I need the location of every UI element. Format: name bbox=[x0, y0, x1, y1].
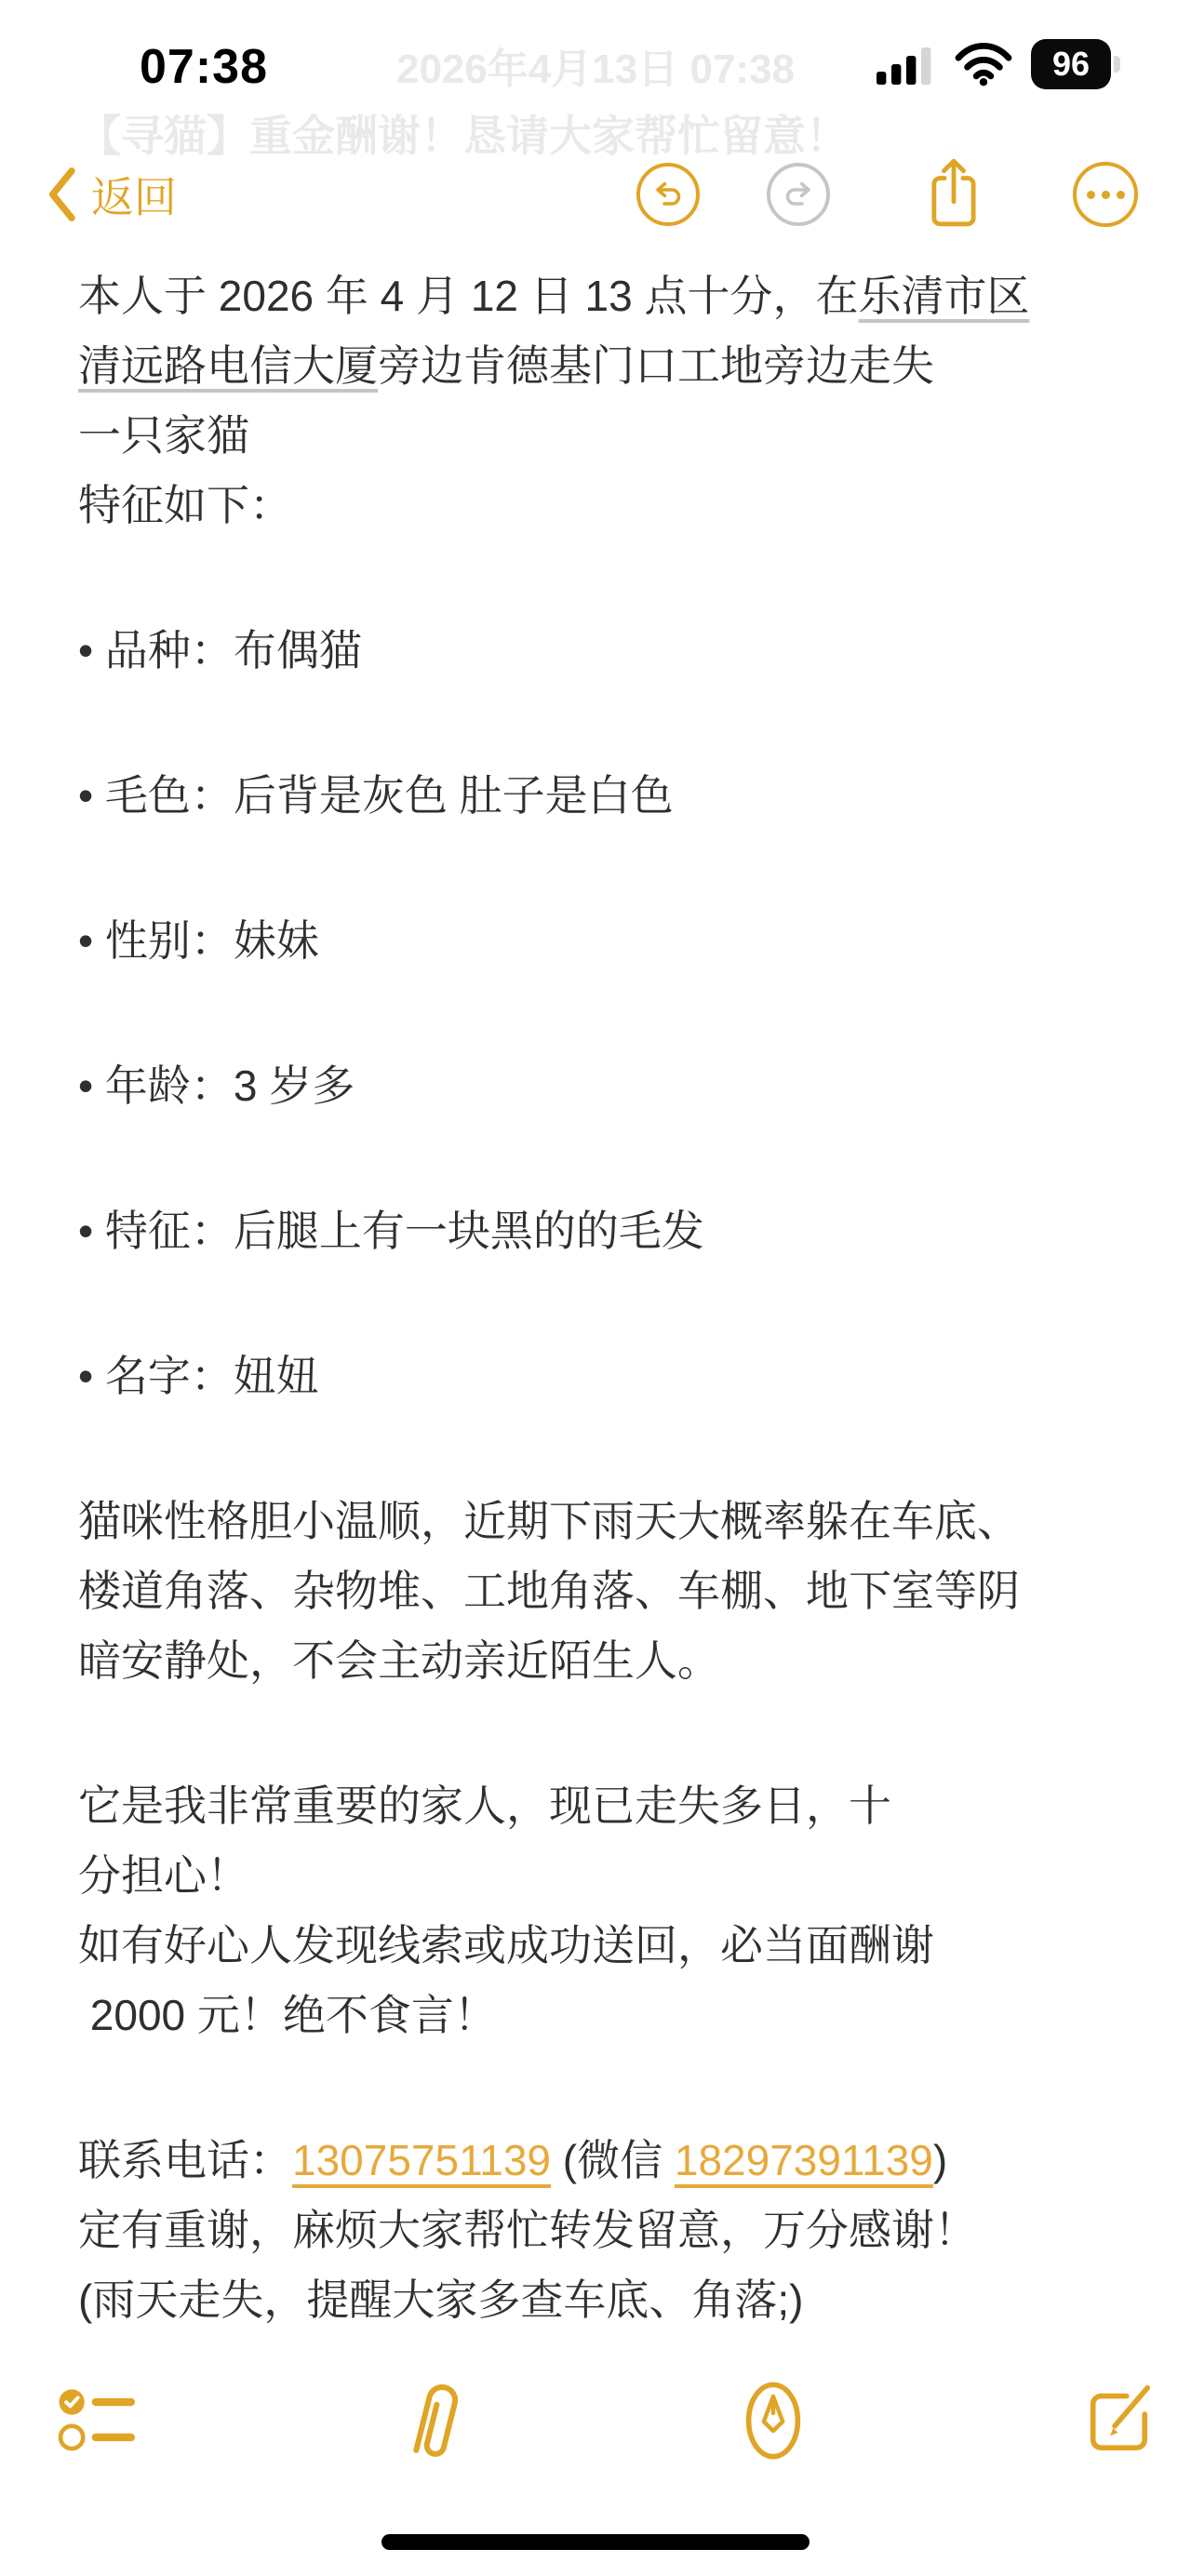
note-line: 分担心！ bbox=[78, 1841, 1122, 1911]
markup-pen-icon bbox=[744, 2382, 802, 2460]
text-segment: (雨天走失，提醒大家多查车底、角落;) bbox=[78, 2276, 803, 2324]
share-button[interactable] bbox=[925, 154, 983, 235]
text-segment: 联系电话： bbox=[78, 2136, 292, 2184]
note-line: 特征如下： bbox=[78, 471, 1122, 541]
note-line: • 名字：妞妞 bbox=[78, 1341, 1122, 1411]
paperclip-icon bbox=[396, 2372, 475, 2470]
blank-line bbox=[78, 1696, 1122, 1771]
text-segment: 如有好心人发现线索或成功送回，必当面酬谢 bbox=[78, 1921, 934, 1969]
more-button[interactable] bbox=[1073, 162, 1138, 227]
blank-line bbox=[78, 1266, 1122, 1341]
blank-line bbox=[78, 686, 1122, 761]
phone-link[interactable]: 13075751139 bbox=[292, 2136, 551, 2184]
note-line: • 性别：妹妹 bbox=[78, 906, 1122, 976]
text-segment: ) bbox=[933, 2136, 947, 2184]
chevron-left-icon bbox=[47, 167, 76, 222]
blank-line bbox=[78, 831, 1122, 906]
blank-line bbox=[78, 541, 1122, 616]
home-indicator[interactable] bbox=[381, 2534, 810, 2550]
back-button[interactable]: 返回 bbox=[47, 164, 177, 225]
battery-percent: 96 bbox=[1052, 45, 1090, 84]
text-segment: 本人于 2026 年 4 月 12 日 13 点十分，在 bbox=[78, 272, 859, 320]
text-segment: 一只家猫 bbox=[78, 411, 249, 460]
checklist-icon bbox=[58, 2387, 151, 2452]
note-line: 定有重谢，麻烦大家帮忙转发留意，万分感谢！ bbox=[78, 2196, 1122, 2265]
text-segment: • 名字：妞妞 bbox=[78, 1352, 319, 1400]
redo-button[interactable] bbox=[767, 163, 830, 226]
back-button-label: 返回 bbox=[91, 164, 177, 225]
address-link[interactable]: 乐清市区 bbox=[859, 272, 1030, 320]
text-segment: 定有重谢，麻烦大家帮忙转发留意，万分感谢！ bbox=[78, 2206, 977, 2254]
attachment-button[interactable] bbox=[395, 2372, 475, 2475]
note-line: 联系电话：13075751139 (微信 18297391139) bbox=[78, 2126, 1122, 2196]
note-line: 猫咪性格胆小温顺，近期下雨天大概率躲在车底、 bbox=[78, 1487, 1122, 1556]
blank-line bbox=[78, 2050, 1122, 2126]
text-segment: 2000 元！绝不食言！ bbox=[78, 1991, 497, 2039]
text-segment: 猫咪性格胆小温顺，近期下雨天大概率躲在车底、 bbox=[78, 1497, 1020, 1545]
note-line: • 特征：后腿上有一块黑的的毛发 bbox=[78, 1196, 1122, 1266]
text-segment: 旁边肯德基门口工地旁边走失 bbox=[378, 341, 934, 390]
text-segment: (微信 bbox=[551, 2136, 675, 2184]
note-line: 一只家猫 bbox=[78, 401, 1122, 471]
undo-button[interactable] bbox=[636, 163, 700, 226]
compose-icon bbox=[1081, 2380, 1154, 2454]
share-icon bbox=[925, 154, 983, 231]
text-segment: 楼道角落、杂物堆、工地角落、车棚、地下室等阴 bbox=[78, 1567, 1020, 1615]
cellular-signal-icon bbox=[875, 43, 936, 86]
battery-indicator: 96 bbox=[1031, 39, 1111, 89]
blank-line bbox=[78, 1121, 1122, 1196]
note-title-faded: 【寻猫】重金酬谢！恳请大家帮忙留意！ bbox=[78, 102, 849, 164]
redo-icon bbox=[780, 176, 817, 213]
text-segment: • 性别：妹妹 bbox=[78, 916, 319, 965]
text-segment: 特征如下： bbox=[78, 481, 292, 529]
text-segment: • 特征：后腿上有一块黑的的毛发 bbox=[78, 1207, 704, 1255]
markup-button[interactable] bbox=[744, 2382, 802, 2464]
note-line: • 年龄：3 岁多 bbox=[78, 1051, 1122, 1121]
note-line: (雨天走失，提醒大家多查车底、角落;) bbox=[78, 2265, 1122, 2335]
wifi-icon bbox=[955, 42, 1012, 87]
blank-line bbox=[78, 976, 1122, 1051]
text-segment: 暗安静处，不会主动亲近陌生人。 bbox=[78, 1636, 720, 1685]
text-segment: • 年龄：3 岁多 bbox=[78, 1061, 355, 1110]
text-segment: • 品种：布偶猫 bbox=[78, 626, 362, 674]
note-line: 暗安静处，不会主动亲近陌生人。 bbox=[78, 1626, 1122, 1696]
phone-link[interactable]: 18297391139 bbox=[675, 2136, 933, 2184]
note-line: 楼道角落、杂物堆、工地角落、车棚、地下室等阴 bbox=[78, 1556, 1122, 1626]
status-bar-icons: 96 bbox=[875, 37, 1111, 91]
note-line: 2000 元！绝不食言！ bbox=[78, 1981, 1122, 2050]
blank-line bbox=[78, 1411, 1122, 1487]
address-link[interactable]: 清远路电信大厦 bbox=[78, 341, 378, 390]
text-segment: • 毛色：后背是灰色 肚子是白色 bbox=[78, 771, 674, 820]
note-line: • 品种：布偶猫 bbox=[78, 616, 1122, 686]
note-line: 如有好心人发现线索或成功送回，必当面酬谢 bbox=[78, 1911, 1122, 1981]
undo-icon bbox=[649, 176, 687, 213]
note-body[interactable]: 本人于 2026 年 4 月 12 日 13 点十分，在乐清市区清远路电信大厦旁… bbox=[78, 261, 1122, 2335]
note-line: 本人于 2026 年 4 月 12 日 13 点十分，在乐清市区 bbox=[78, 261, 1122, 331]
note-line: 它是我非常重要的家人，现已走失多日，十 bbox=[78, 1771, 1122, 1841]
checklist-button[interactable] bbox=[58, 2387, 151, 2457]
ellipsis-icon bbox=[1087, 191, 1125, 199]
notes-app-screen: 07:38 2026年4月13日 07:38 96 【寻猫】重金酬谢！恳请大家帮… bbox=[0, 0, 1191, 2576]
note-line: 清远路电信大厦旁边肯德基门口工地旁边走失 bbox=[78, 331, 1122, 401]
note-line: • 毛色：后背是灰色 肚子是白色 bbox=[78, 761, 1122, 831]
text-segment: 分担心！ bbox=[78, 1851, 249, 1900]
text-segment: 它是我非常重要的家人，现已走失多日，十 bbox=[78, 1782, 891, 1830]
compose-button[interactable] bbox=[1081, 2380, 1154, 2459]
